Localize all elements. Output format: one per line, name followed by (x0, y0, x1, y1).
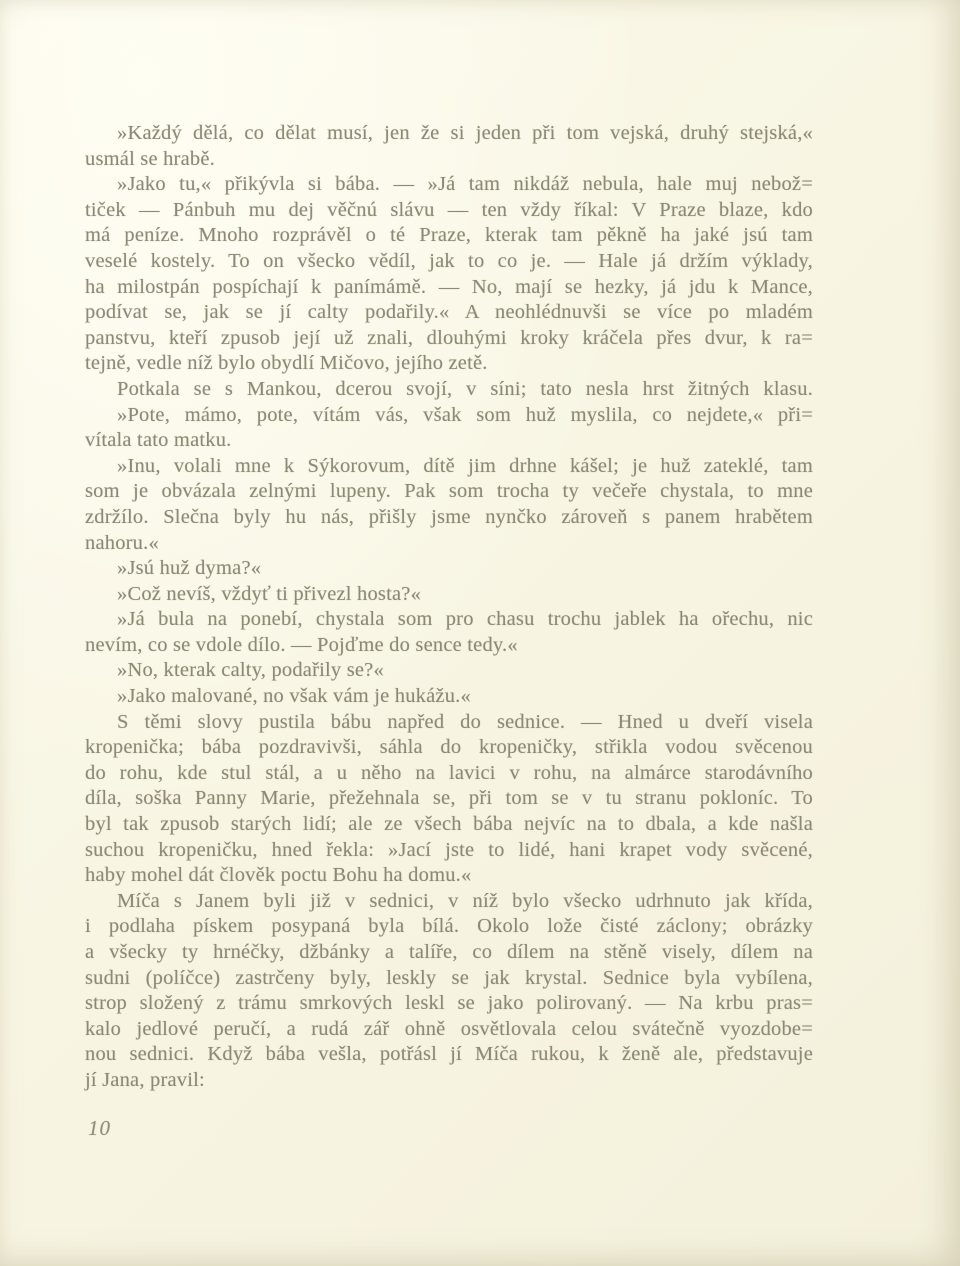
text-line: nou sednici. Když bába vešla, potřásl jí… (85, 1042, 813, 1068)
text-line: strop složený z trámu smrkových leskl se… (85, 991, 813, 1017)
text-line: suchou kropeničku, hned řekla: »Jací jst… (85, 838, 813, 864)
text-line: Potkala se s Mankou, dcerou svojí, v sín… (85, 377, 813, 403)
text-line: nevím, co se vdole dílo. — Pojďme do sen… (85, 633, 813, 659)
text-line: »Každý dělá, co dělat musí, jen že si je… (85, 121, 813, 147)
text-line: »Jako tu,« přikývla si bába. — »Já tam n… (85, 172, 813, 198)
text-line: vítala tato matku. (85, 428, 813, 454)
text-line: do rohu, kde stul stál, a u něho na lavi… (85, 761, 813, 787)
text-line: som je obvázala zelnými lupeny. Pak som … (85, 479, 813, 505)
text-line: jí Jana, pravil: (85, 1068, 813, 1094)
text-line: »Jako malované, no však vám je hukážu.« (85, 684, 813, 710)
text-line: »Já bula na ponebí, chystala som pro cha… (85, 607, 813, 633)
text-line: i podlaha pískem posypaná byla bílá. Oko… (85, 914, 813, 940)
text-line: »Inu, volali mne k Sýkorovum, dítě jim d… (85, 454, 813, 480)
text-line: haby mohel dát člověk poctu Bohu ha domu… (85, 863, 813, 889)
text-line: kropenička; bába pozdravivši, sáhla do k… (85, 735, 813, 761)
text-line: tejně, vedle níž bylo obydlí Mičovo, jej… (85, 351, 813, 377)
text-line: Míča s Janem byli již v sednici, v níž b… (85, 889, 813, 915)
body-text-block: »Každý dělá, co dělat musí, jen že si je… (85, 121, 813, 1094)
text-line: zdržílo. Slečna byly hu nás, přišly jsme… (85, 505, 813, 531)
text-line: usmál se hrabě. (85, 147, 813, 173)
text-line: podívat se, jak se jí calty podařily.« A… (85, 300, 813, 326)
text-line: díla, soška Panny Marie, přežehnala se, … (85, 786, 813, 812)
text-line: veselé kostely. To on všecko vědíl, jak … (85, 249, 813, 275)
text-line: a všecky ty hrnéčky, džbánky a talíře, c… (85, 940, 813, 966)
text-line: »Pote, mámo, pote, vítám vás, však som h… (85, 403, 813, 429)
text-line: tiček — Pánbuh mu dej věčnú slávu — ten … (85, 198, 813, 224)
book-page: »Každý dělá, co dělat musí, jen že si je… (0, 0, 960, 1266)
text-line: »No, kterak calty, podařily se?« (85, 658, 813, 684)
text-line: má peníze. Mnoho rozprávěl o té Praze, k… (85, 223, 813, 249)
text-line: nahoru.« (85, 531, 813, 557)
text-line: sudni (políčce) zastrčeny byly, leskly s… (85, 966, 813, 992)
text-line: »Jsú huž dyma?« (85, 556, 813, 582)
page-number: 10 (88, 1116, 111, 1141)
text-line: ha milostpán pospíchají k panímámě. — No… (85, 275, 813, 301)
text-line: »Což nevíš, vždyť ti přivezl hosta?« (85, 582, 813, 608)
text-line: kalo jedlové peručí, a rudá zář ohně osv… (85, 1017, 813, 1043)
text-line: panstvu, kteří zpusob její už znali, dlo… (85, 326, 813, 352)
text-line: byl tak zpusob starých lidí; ale ze všec… (85, 812, 813, 838)
text-line: S těmi slovy pustila bábu napřed do sedn… (85, 710, 813, 736)
